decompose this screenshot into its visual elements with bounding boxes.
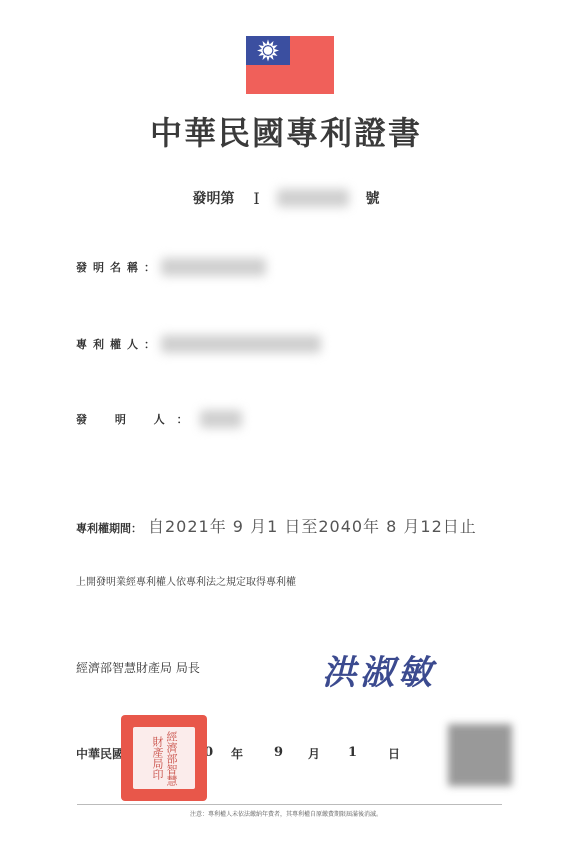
- field-label: 發明名稱：: [76, 259, 161, 275]
- field-value-redacted: [200, 410, 242, 428]
- field-value-redacted: [161, 335, 321, 353]
- field-value-redacted: [161, 258, 266, 276]
- date-year-unit: 年: [231, 745, 243, 762]
- official-seal-icon: 經濟部智慧財產局印: [121, 715, 207, 801]
- issuing-office: 經濟部智慧財產局 局長: [76, 659, 200, 676]
- field-inventor: 發 明 人：: [76, 410, 242, 428]
- field-patentee: 專利權人：: [76, 335, 321, 353]
- roc-flag-icon: [246, 36, 334, 94]
- field-invention-title: 發明名稱：: [76, 258, 266, 276]
- grant-statement: 上開發明業經專利權人依專利法之規定取得專利權: [76, 573, 296, 588]
- term-label: 專利權期間：: [76, 520, 142, 536]
- field-label: 專利權人：: [76, 336, 161, 352]
- term-value: 自2021年 9 月1 日至2040年 8 月12日止: [148, 514, 477, 537]
- patent-number-suffix: 號: [365, 188, 379, 208]
- patent-number-letter: I: [253, 189, 259, 208]
- date-day-unit: 日: [388, 745, 400, 762]
- date-day: 1: [348, 745, 357, 760]
- date-month-unit: 月: [308, 745, 320, 762]
- certificate-title: 中華民國專利證書: [0, 108, 572, 154]
- patent-term: 專利權期間： 自2021年 9 月1 日至2040年 8 月12日止: [76, 514, 477, 537]
- qr-code-redacted: [448, 724, 512, 786]
- date-era: 中華民國: [76, 747, 124, 761]
- director-signature: 洪淑敏: [322, 645, 436, 694]
- issue-date: 中華民國 110 年 9 月 1 日: [76, 745, 124, 762]
- field-label: 發 明 人：: [76, 411, 200, 427]
- patent-number-redacted: [277, 189, 349, 207]
- date-month: 9: [274, 745, 283, 760]
- patent-number-prefix: 發明第: [193, 188, 235, 208]
- footer-note: 注意：專利權人未依法繳納年費者，其專利權自原繳費期限屆滿後消滅。: [0, 809, 572, 818]
- patent-number: 發明第 I 號: [0, 188, 572, 208]
- divider: [77, 804, 502, 805]
- seal-text: 經濟部智慧財產局印: [133, 727, 195, 789]
